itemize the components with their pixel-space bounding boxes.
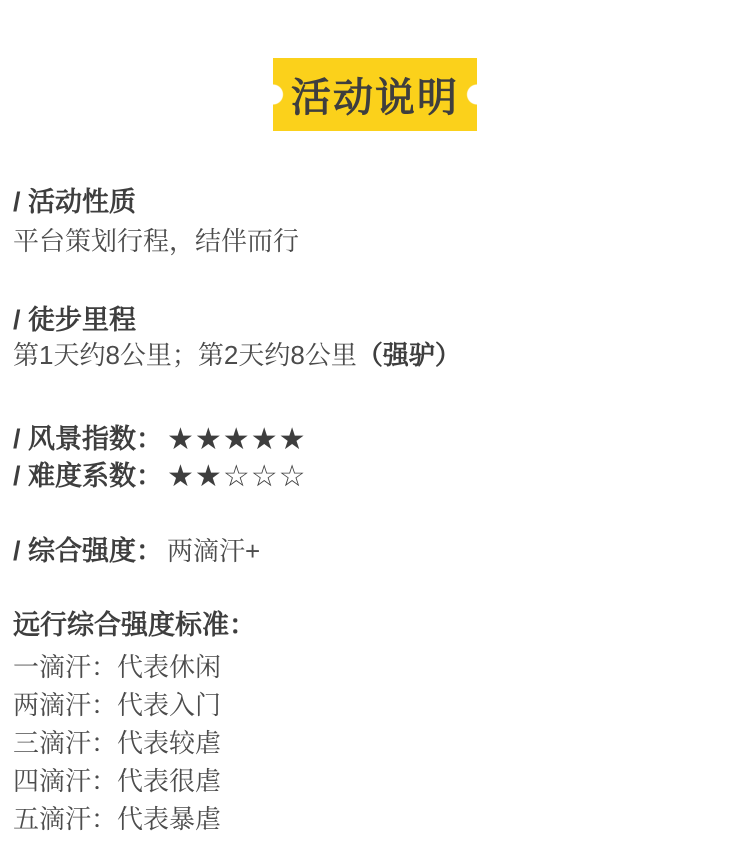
scenery-index-row: / 风景指数： ★★★★★ bbox=[13, 421, 730, 458]
star-empty-icon: ☆☆☆ bbox=[223, 459, 307, 494]
intensity-scale-list: 一滴汗：代表休闲 两滴汗：代表入门 三滴汗：代表较虐 四滴汗：代表很虐 五滴汗：… bbox=[13, 648, 730, 838]
hiking-distance-note: （强驴） bbox=[357, 340, 461, 370]
page-title: 活动说明 bbox=[291, 66, 459, 123]
list-item: 两滴汗：代表入门 bbox=[13, 686, 730, 724]
section-ratings: / 风景指数： ★★★★★ / 难度系数： ★★☆☆☆ bbox=[13, 421, 730, 495]
activity-description-page: { "colors": { "badge_yellow": "#FBD11B",… bbox=[0, 0, 750, 862]
section-intensity-scale: 远行综合强度标准： 一滴汗：代表休闲 两滴汗：代表入门 三滴汗：代表较虐 四滴汗… bbox=[13, 608, 730, 838]
list-item: 一滴汗：代表休闲 bbox=[13, 648, 730, 686]
section-title-badge: 活动说明 bbox=[273, 58, 477, 131]
difficulty-index-row: / 难度系数： ★★☆☆☆ bbox=[13, 458, 730, 495]
star-filled-icon: ★★ bbox=[167, 459, 223, 494]
content-area: / 活动性质 平台策划行程，结伴而行 / 徒步里程 第1天约8公里；第2天约8公… bbox=[0, 185, 750, 838]
activity-nature-label: / 活动性质 bbox=[13, 185, 730, 219]
intensity-scale-heading: 远行综合强度标准： bbox=[13, 608, 730, 642]
difficulty-index-label: / 难度系数： bbox=[13, 458, 163, 495]
hiking-distance-value: 第1天约8公里；第2天约8公里（强驴） bbox=[13, 337, 730, 373]
hiking-distance-text: 第1天约8公里；第2天约8公里 bbox=[13, 340, 357, 370]
list-item: 四滴汗：代表很虐 bbox=[13, 762, 730, 800]
list-item: 三滴汗：代表较虐 bbox=[13, 724, 730, 762]
difficulty-index-stars: ★★☆☆☆ bbox=[167, 458, 306, 495]
hiking-distance-label: / 徒步里程 bbox=[13, 303, 730, 337]
overall-intensity-value: 两滴汗+ bbox=[167, 533, 260, 569]
list-item: 五滴汗：代表暴虐 bbox=[13, 800, 730, 838]
overall-intensity-label: / 综合强度： bbox=[13, 534, 163, 568]
section-hiking-distance: / 徒步里程 第1天约8公里；第2天约8公里（强驴） bbox=[13, 303, 730, 373]
star-filled-icon: ★★★★★ bbox=[167, 422, 306, 457]
scenery-index-label: / 风景指数： bbox=[13, 421, 163, 458]
section-activity-nature: / 活动性质 平台策划行程，结伴而行 bbox=[13, 185, 730, 259]
scenery-index-stars: ★★★★★ bbox=[167, 421, 306, 458]
activity-nature-value: 平台策划行程，结伴而行 bbox=[13, 223, 730, 259]
section-overall-intensity: / 综合强度： 两滴汗+ bbox=[13, 533, 730, 569]
